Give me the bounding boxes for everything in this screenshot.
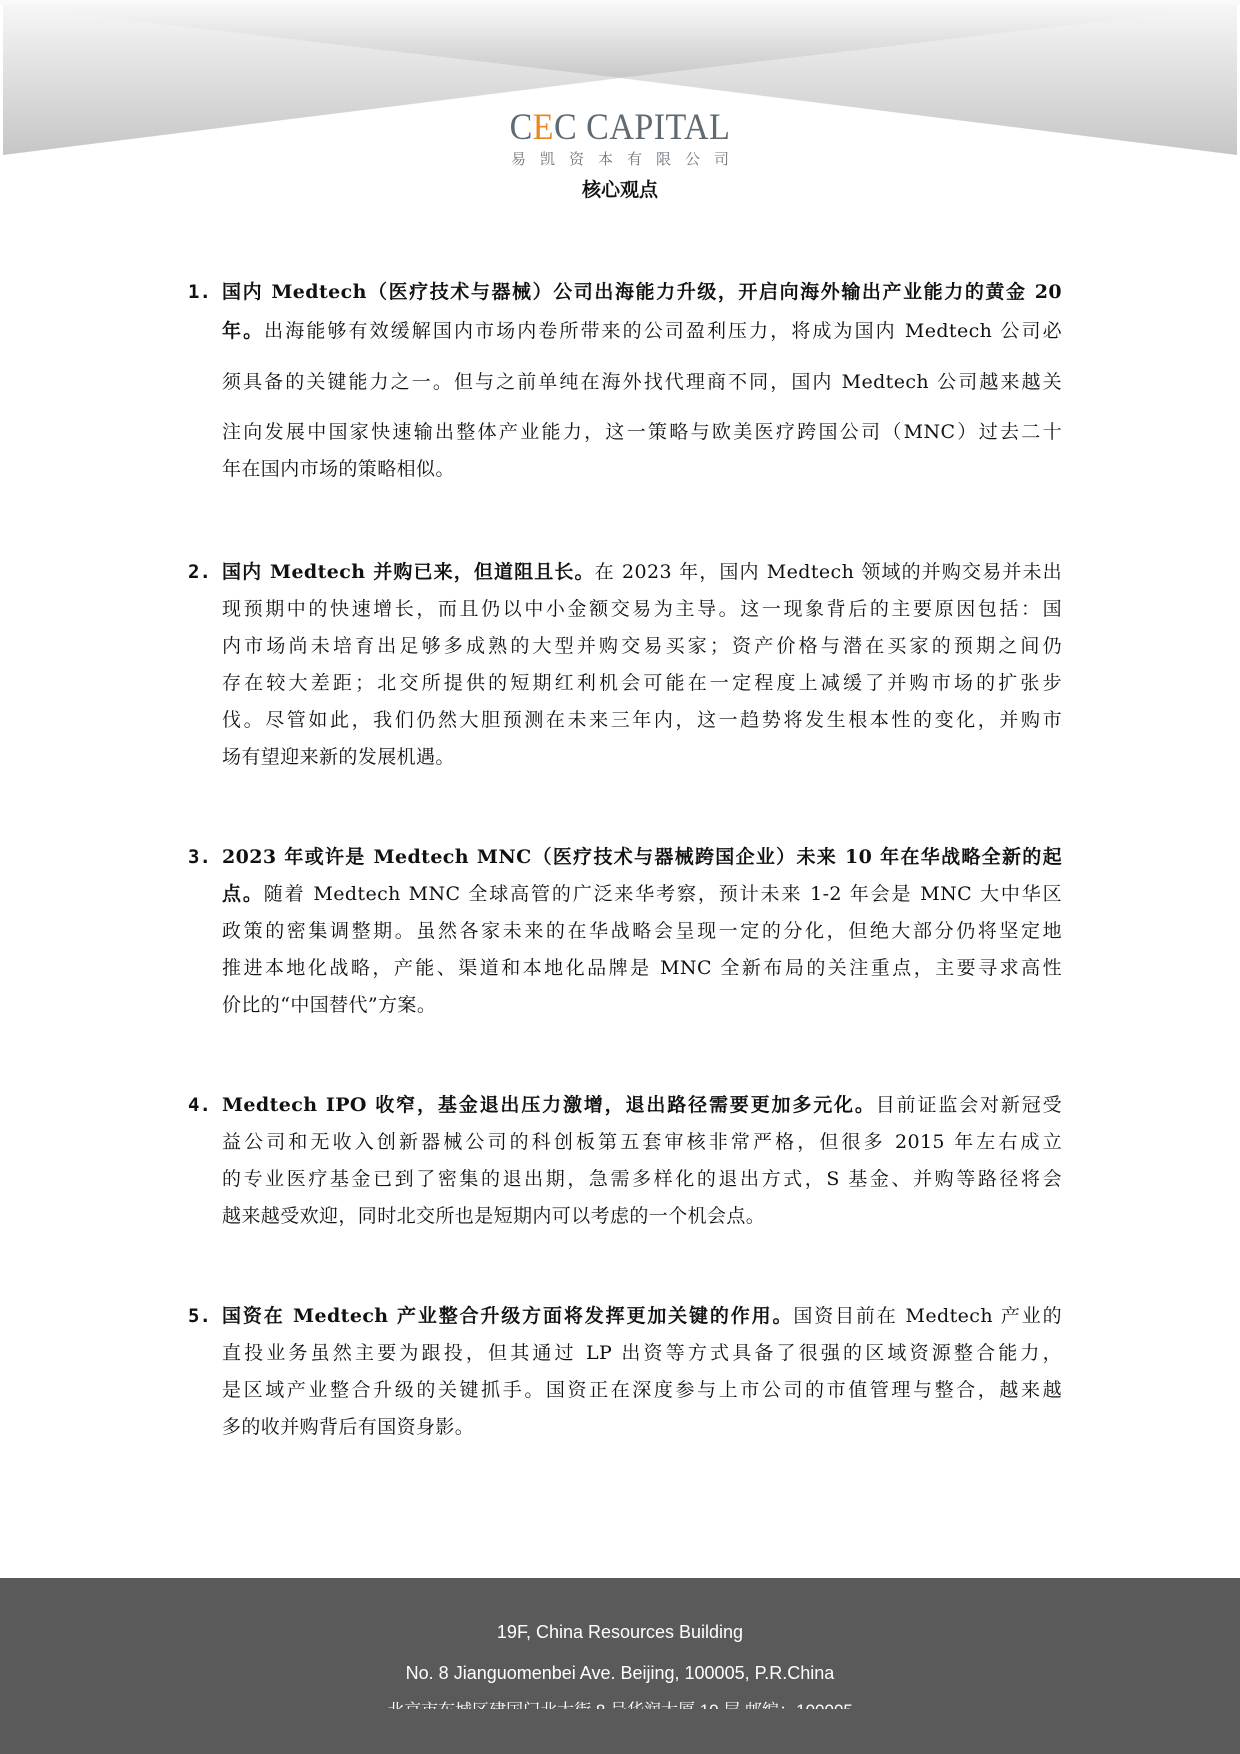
text-line: 点。随着 Medtech MNC 全球高管的广泛来华考察，预计未来 1-2 年会… xyxy=(222,882,1062,906)
footer-clipped-region: 北京市东城区建国门北大街 8 号华润大厦 19 层 邮编：100005 xyxy=(0,1700,1240,1709)
list-number: 1. xyxy=(188,280,211,304)
logo-accent-letter: E xyxy=(533,107,554,148)
list-number: 4. xyxy=(188,1093,211,1117)
page-title: 核心观点 xyxy=(0,178,1240,202)
logo-chinese: 易凯资本有限公司 xyxy=(0,149,1240,169)
footer-address-line-2: No. 8 Jianguomenbei Ave. Beijing, 100005… xyxy=(0,1662,1240,1684)
text-line: 伐。尽管如此，我们仍然大胆预测在未来三年内，这一趋势将发生根本性的变化，并购市 xyxy=(222,708,1062,732)
text-line: 国资在 Medtech 产业整合升级方面将发挥更加关键的作用。国资目前在 Med… xyxy=(222,1304,1062,1328)
text-line: 场有望迎来新的发展机遇。 xyxy=(222,745,1062,769)
text-line: 益公司和无收入创新器械公司的科创板第五套审核非常严格，但很多 2015 年左右成… xyxy=(222,1130,1062,1154)
text-line: 推进本地化战略，产能、渠道和本地化品牌是 MNC 全新布局的关注重点，主要寻求高… xyxy=(222,956,1062,980)
text-line: 2023 年或许是 Medtech MNC（医疗技术与器械跨国企业）未来 10 … xyxy=(222,845,1062,869)
text-line: 越来越受欢迎，同时北交所也是短期内可以考虑的一个机会点。 xyxy=(222,1204,1062,1228)
text-line: 价比的“中国替代”方案。 xyxy=(222,993,1062,1017)
text-line: 的专业医疗基金已到了密集的退出期，急需多样化的退出方式，S 基金、并购等路径将会 xyxy=(222,1167,1062,1191)
text-line: 须具备的关键能力之一。但与之前单纯在海外找代理商不同，国内 Medtech 公司… xyxy=(222,370,1062,394)
company-logo: CEC CAPITAL 易凯资本有限公司 xyxy=(0,108,1240,169)
list-number: 3. xyxy=(188,845,211,869)
text-line: 是区域产业整合升级的关键抓手。国资正在深度参与上市公司的市值管理与整合，越来越 xyxy=(222,1378,1062,1402)
text-line: 现预期中的快速增长，而且仍以中小金额交易为主导。这一现象背后的主要原因包括：国 xyxy=(222,597,1062,621)
text-line: 内市场尚未培育出足够多成熟的大型并购交易买家；资产价格与潜在买家的预期之间仍 xyxy=(222,634,1062,658)
text-line: Medtech IPO 收窄，基金退出压力激增，退出路径需要更加多元化。目前证监… xyxy=(222,1093,1062,1117)
text-line: 多的收并购背后有国资身影。 xyxy=(222,1415,1062,1439)
text-line: 注向发展中国家快速输出整体产业能力，这一策略与欧美医疗跨国公司（MNC）过去二十 xyxy=(222,420,1062,444)
list-number: 2. xyxy=(188,560,211,584)
text-line: 国内 Medtech 并购已来，但道阻且长。在 2023 年，国内 Medtec… xyxy=(222,560,1062,584)
footer-address-line-3: 北京市东城区建国门北大街 8 号华润大厦 19 层 邮编：100005 xyxy=(0,1700,1240,1709)
text-line: 直投业务虽然主要为跟投，但其通过 LP 出资等方式具备了很强的区域资源整合能力， xyxy=(222,1341,1062,1365)
text-line: 存在较大差距；北交所提供的短期红利机会可能在一定程度上减缓了并购市场的扩张步 xyxy=(222,671,1062,695)
logo-english: CEC CAPITAL xyxy=(510,108,731,148)
text-line: 年在国内市场的策略相似。 xyxy=(222,457,1062,481)
footer-address: 19F, China Resources Building No. 8 Jian… xyxy=(0,1578,1240,1754)
text-line: 政策的密集调整期。虽然各家未来的在华战略会呈现一定的分化，但绝大部分仍将坚定地 xyxy=(222,919,1062,943)
text-line: 国内 Medtech（医疗技术与器械）公司出海能力升级，开启向海外输出产业能力的… xyxy=(222,280,1062,304)
footer-address-line-1: 19F, China Resources Building xyxy=(0,1621,1240,1643)
text-line: 年。出海能够有效缓解国内市场内卷所带来的公司盈利压力，将成为国内 Medtech… xyxy=(222,319,1062,343)
list-number: 5. xyxy=(188,1304,211,1328)
